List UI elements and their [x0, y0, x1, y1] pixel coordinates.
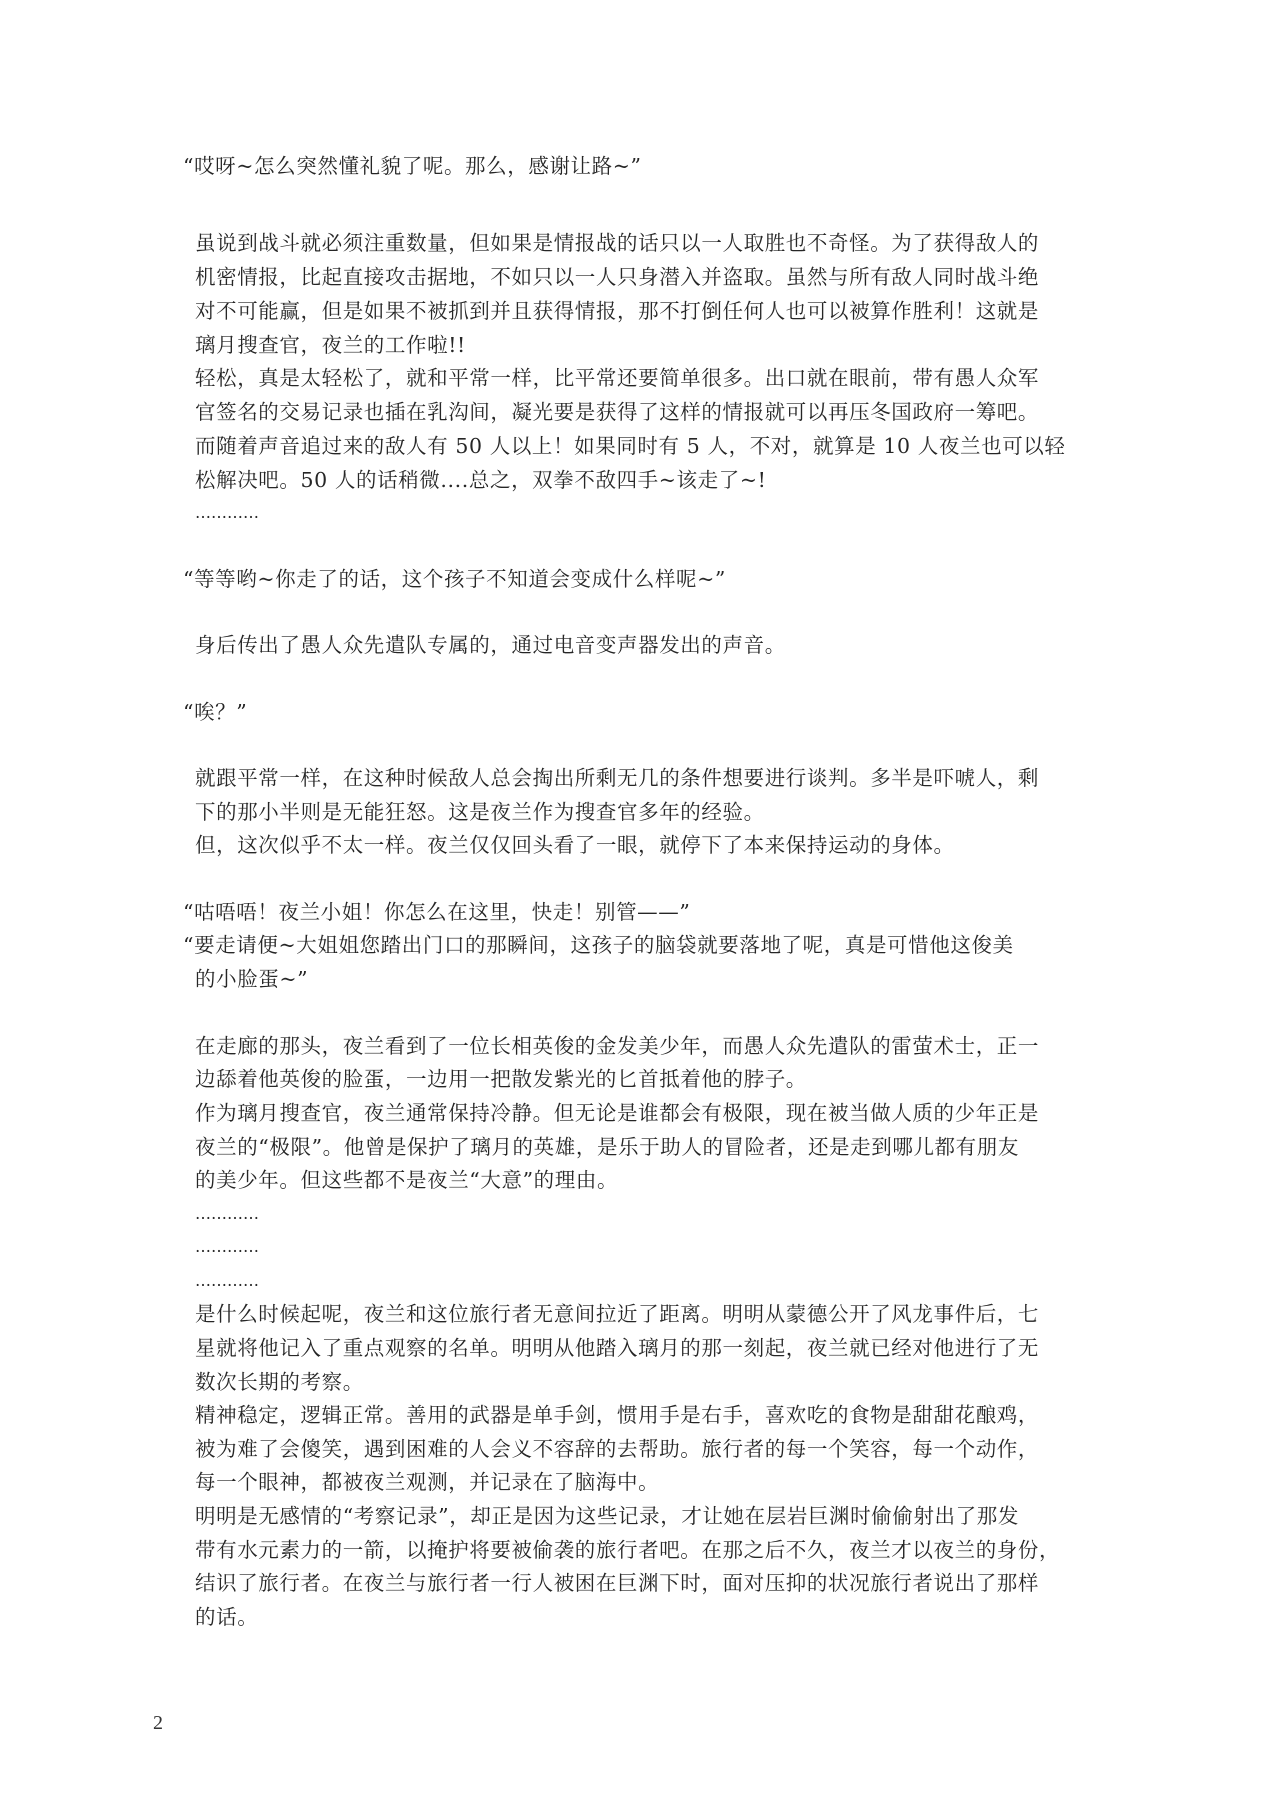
text-line: 身后传出了愚人众先遣队专属的，通过电音变声器发出的声音。	[195, 628, 786, 662]
text-line: 边舔着他英俊的脸蛋，一边用一把散发紫光的匕首抵着他的脖子。	[195, 1062, 807, 1096]
text-line: 每一个眼神，都被夜兰观测，并记录在了脑海中。	[195, 1465, 659, 1499]
text-line: “咕唔唔！夜兰小姐！你怎么在这里，快走！别管——”	[183, 895, 690, 929]
text-line: 结识了旅行者。在夜兰与旅行者一行人被困在巨渊下时，面对压抑的状况旅行者说出了那样	[195, 1566, 1039, 1600]
text-line: 机密情报，比起直接攻击据地，不如只以一人只身潜入并盗取。虽然与所有敌人同时战斗绝	[195, 260, 1039, 294]
text-line: 带有水元素力的一箭，以掩护将要被偷袭的旅行者吧。在那之后不久，夜兰才以夜兰的身份…	[195, 1533, 1060, 1567]
text-line: 星就将他记入了重点观察的名单。明明从他踏入璃月的那一刻起，夜兰就已经对他进行了无	[195, 1331, 1039, 1365]
ellipsis-separator: …………	[195, 1230, 259, 1264]
text-line: “等等哟~你走了的话，这个孩子不知道会变成什么样呢~”	[183, 562, 726, 596]
text-line: 作为璃月搜查官，夜兰通常保持冷静。但无论是谁都会有极限，现在被当做人质的少年正是	[195, 1096, 1039, 1130]
text-line: 精神稳定，逻辑正常。善用的武器是单手剑，惯用手是右手，喜欢吃的食物是甜甜花酿鸡，	[195, 1398, 1039, 1432]
ellipsis-separator: …………	[195, 1197, 259, 1231]
document-page: “哎呀~怎么突然懂礼貌了呢。那么，感谢让路~”虽说到战斗就必须注重数量，但如果是…	[0, 0, 1280, 1810]
page-number: 2	[153, 1712, 163, 1735]
text-line: 在走廊的那头，夜兰看到了一位长相英俊的金发美少年，而愚人众先遣队的雷萤术士，正一	[195, 1029, 1039, 1063]
text-line: 下的那小半则是无能狂怒。这是夜兰作为搜查官多年的经验。	[195, 795, 765, 829]
text-line: 官签名的交易记录也插在乳沟间，凝光要是获得了这样的情报就可以再压冬国政府一筹吧。	[195, 395, 1039, 429]
text-line: 松解决吧。50 人的话稍微....总之，双拳不敌四手~该走了~!	[195, 463, 766, 497]
text-line: 的小脸蛋~”	[195, 962, 308, 996]
text-line: 而随着声音追过来的敌人有 50 人以上！如果同时有 5 人，不对，就算是 10 …	[195, 429, 1066, 463]
text-line: 数次长期的考察。	[195, 1365, 364, 1399]
text-line: 的话。	[195, 1600, 258, 1634]
ellipsis-separator: …………	[195, 496, 259, 530]
text-line: 夜兰的“极限”。他曾是保护了璃月的英雄，是乐于助人的冒险者，还是走到哪儿都有朋友	[195, 1130, 1019, 1164]
text-line: 虽说到战斗就必须注重数量，但如果是情报战的话只以一人取胜也不奇怪。为了获得敌人的	[195, 226, 1039, 260]
text-line: 是什么时候起呢，夜兰和这位旅行者无意间拉近了距离。明明从蒙德公开了风龙事件后，七	[195, 1297, 1039, 1331]
text-line: 就跟平常一样，在这种时候敌人总会掏出所剩无几的条件想要进行谈判。多半是吓唬人，剩	[195, 761, 1039, 795]
text-line: 对不可能赢，但是如果不被抓到并且获得情报，那不打倒任何人也可以被算作胜利！这就是	[195, 294, 1039, 328]
text-line: “要走请便~大姐姐您踏出门口的那瞬间，这孩子的脑袋就要落地了呢，真是可惜他这俊美	[183, 928, 1014, 962]
text-line: 轻松，真是太轻松了，就和平常一样，比平常还要简单很多。出口就在眼前，带有愚人众军	[195, 361, 1039, 395]
text-line: “哎呀~怎么突然懂礼貌了呢。那么，感谢让路~”	[183, 149, 642, 183]
text-line: 但，这次似乎不太一样。夜兰仅仅回头看了一眼，就停下了本来保持运动的身体。	[195, 828, 955, 862]
ellipsis-separator: …………	[195, 1264, 259, 1298]
text-line: 明明是无感情的“考察记录”，却正是因为这些记录，才让她在层岩巨渊时偷偷射出了那发	[195, 1499, 1019, 1533]
text-line: “唉？”	[183, 695, 247, 729]
text-line: 的美少年。但这些都不是夜兰“大意”的理由。	[195, 1163, 618, 1197]
text-line: 被为难了会傻笑，遇到困难的人会义不容辞的去帮助。旅行者的每一个笑容，每一个动作，	[195, 1432, 1039, 1466]
text-line: 璃月搜查官，夜兰的工作啦!!	[195, 328, 466, 362]
